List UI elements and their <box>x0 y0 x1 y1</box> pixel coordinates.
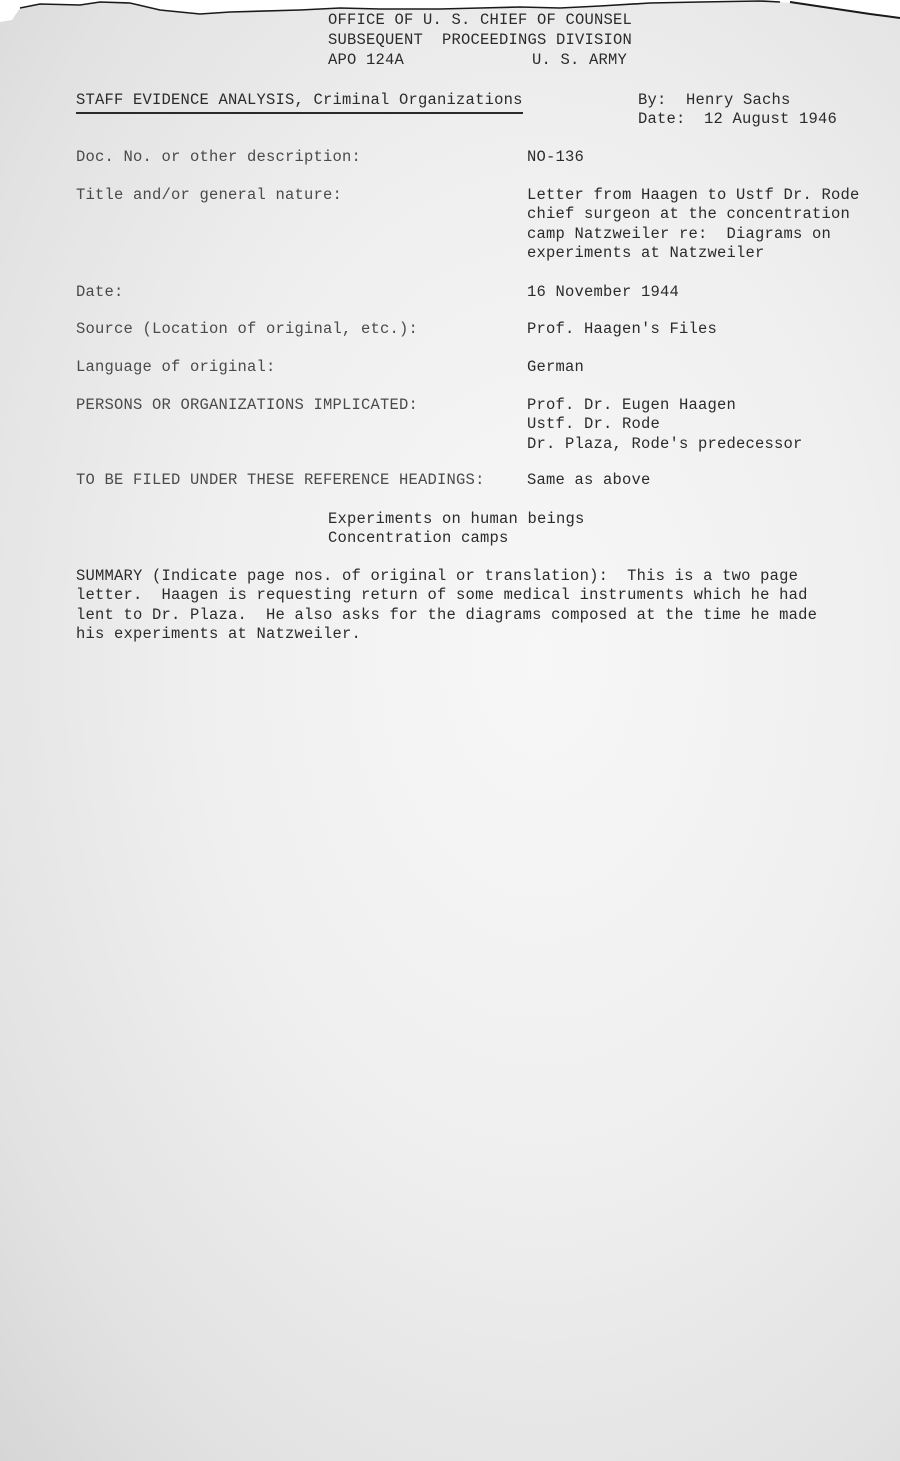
field-value-date: 16 November 1944 <box>527 283 679 303</box>
field-value-person-1: Prof. Dr. Eugen Haagen <box>527 396 736 416</box>
field-label-source: Source (Location of original, etc.): <box>76 320 418 340</box>
letterhead-line-2: SUBSEQUENT PROCEEDINGS DIVISION <box>328 31 632 51</box>
field-label-title: Title and/or general nature: <box>76 186 342 206</box>
report-title: STAFF EVIDENCE ANALYSIS, Criminal Organi… <box>76 91 523 114</box>
field-value-person-3: Dr. Plaza, Rode's predecessor <box>527 435 803 455</box>
summary-line-2: letter. Haagen is requesting return of s… <box>76 586 808 606</box>
by-value: Henry Sachs <box>686 91 791 111</box>
summary-line-3: lent to Dr. Plaza. He also asks for the … <box>76 606 817 626</box>
letterhead-line-1: OFFICE OF U. S. CHIEF OF COUNSEL <box>328 11 632 31</box>
field-label-persons: PERSONS OR ORGANIZATIONS IMPLICATED: <box>76 396 418 416</box>
field-value-language: German <box>527 358 584 378</box>
letterhead-apo: APO 124A <box>328 51 404 71</box>
letterhead-army: U. S. ARMY <box>532 51 627 71</box>
field-value-title-line-2: chief surgeon at the concentration <box>527 205 850 225</box>
field-label-date: Date: <box>76 283 124 303</box>
field-value-title-line-1: Letter from Haagen to Ustf Dr. Rode <box>527 186 860 206</box>
reference-heading-1: Experiments on human beings <box>328 510 585 530</box>
summary-line-4: his experiments at Natzweiler. <box>76 625 361 645</box>
date-value: 12 August 1946 <box>704 110 837 130</box>
field-value-title-line-4: experiments at Natzweiler <box>527 244 765 264</box>
summary-line-1: SUMMARY (Indicate page nos. of original … <box>76 567 798 587</box>
field-label-reference-headings: TO BE FILED UNDER THESE REFERENCE HEADIN… <box>76 471 485 491</box>
field-value-title-line-3: camp Natzweiler re: Diagrams on <box>527 225 831 245</box>
field-value-doc-no: NO-136 <box>527 148 584 168</box>
by-label: By: <box>638 91 667 111</box>
field-label-language: Language of original: <box>76 358 276 378</box>
field-label-doc-no: Doc. No. or other description: <box>76 148 361 168</box>
date-label: Date: <box>638 110 686 130</box>
field-value-person-2: Ustf. Dr. Rode <box>527 415 660 435</box>
field-value-source: Prof. Haagen's Files <box>527 320 717 340</box>
reference-heading-2: Concentration camps <box>328 529 509 549</box>
field-value-reference-headings: Same as above <box>527 471 651 491</box>
